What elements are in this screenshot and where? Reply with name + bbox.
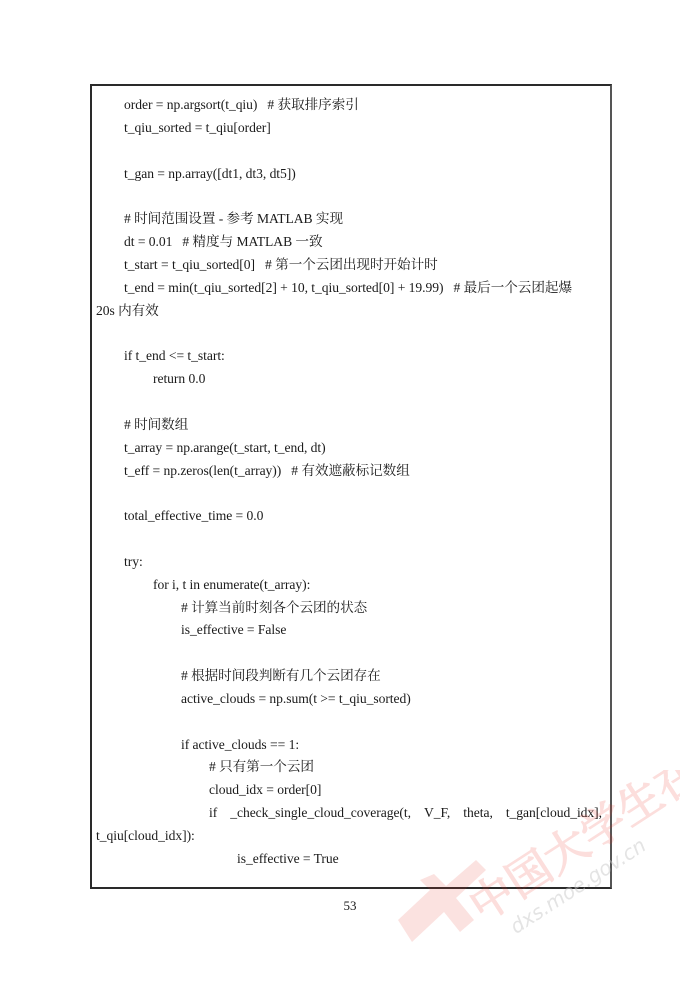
- code-line: if t_end <= t_start:: [92, 345, 610, 368]
- code-lines: order = np.argsort(t_qiu) # 获取排序索引 t_qiu…: [92, 94, 610, 871]
- page-number: 53: [0, 898, 700, 914]
- code-token: _check_single_cloud_coverage(t,: [230, 802, 411, 825]
- code-line-blank: [92, 185, 610, 208]
- code-token: if: [209, 802, 217, 825]
- code-line: try:: [92, 551, 610, 574]
- code-line: for i, t in enumerate(t_array):: [92, 574, 610, 597]
- code-line-blank: [92, 391, 610, 414]
- code-line: t_end = min(t_qiu_sorted[2] + 10, t_qiu_…: [92, 277, 610, 300]
- code-line: active_clouds = np.sum(t >= t_qiu_sorted…: [92, 688, 610, 711]
- code-line: t_qiu_sorted = t_qiu[order]: [92, 117, 610, 140]
- code-comment: # 只有第一个云团: [92, 756, 610, 779]
- code-listing-box: order = np.argsort(t_qiu) # 获取排序索引 t_qiu…: [90, 84, 612, 889]
- code-line: t_eff = np.zeros(len(t_array)) # 有效遮蔽标记数…: [92, 460, 610, 483]
- code-line-blank: [92, 528, 610, 551]
- code-line-blank: [92, 642, 610, 665]
- code-line: return 0.0: [92, 368, 610, 391]
- code-line: is_effective = True: [92, 848, 610, 871]
- code-line-blank: [92, 140, 610, 163]
- code-comment: # 时间范围设置 - 参考 MATLAB 实现: [92, 208, 610, 231]
- code-comment: # 计算当前时刻各个云团的状态: [92, 597, 610, 620]
- code-line: is_effective = False: [92, 619, 610, 642]
- code-line: order = np.argsort(t_qiu) # 获取排序索引: [92, 94, 610, 117]
- code-line-blank: [92, 711, 610, 734]
- code-comment: # 时间数组: [92, 414, 610, 437]
- code-comment: # 根据时间段判断有几个云团存在: [92, 665, 610, 688]
- code-token: t_gan[cloud_idx],: [506, 802, 602, 825]
- code-line: dt = 0.01 # 精度与 MATLAB 一致: [92, 231, 610, 254]
- code-line: t_gan = np.array([dt1, dt3, dt5]): [92, 163, 610, 186]
- code-token: theta,: [463, 802, 493, 825]
- code-line-justified: if _check_single_cloud_coverage(t, V_F, …: [92, 802, 610, 825]
- code-line-blank: [92, 322, 610, 345]
- code-line: total_effective_time = 0.0: [92, 505, 610, 528]
- code-line-continuation: t_qiu[cloud_idx]):: [92, 825, 610, 848]
- code-line-continuation: 20s 内有效: [92, 300, 610, 323]
- code-line: t_start = t_qiu_sorted[0] # 第一个云团出现时开始计时: [92, 254, 610, 277]
- code-line: t_array = np.arange(t_start, t_end, dt): [92, 437, 610, 460]
- code-line-blank: [92, 482, 610, 505]
- code-token: V_F,: [424, 802, 450, 825]
- code-line: cloud_idx = order[0]: [92, 779, 610, 802]
- code-line: if active_clouds == 1:: [92, 734, 610, 757]
